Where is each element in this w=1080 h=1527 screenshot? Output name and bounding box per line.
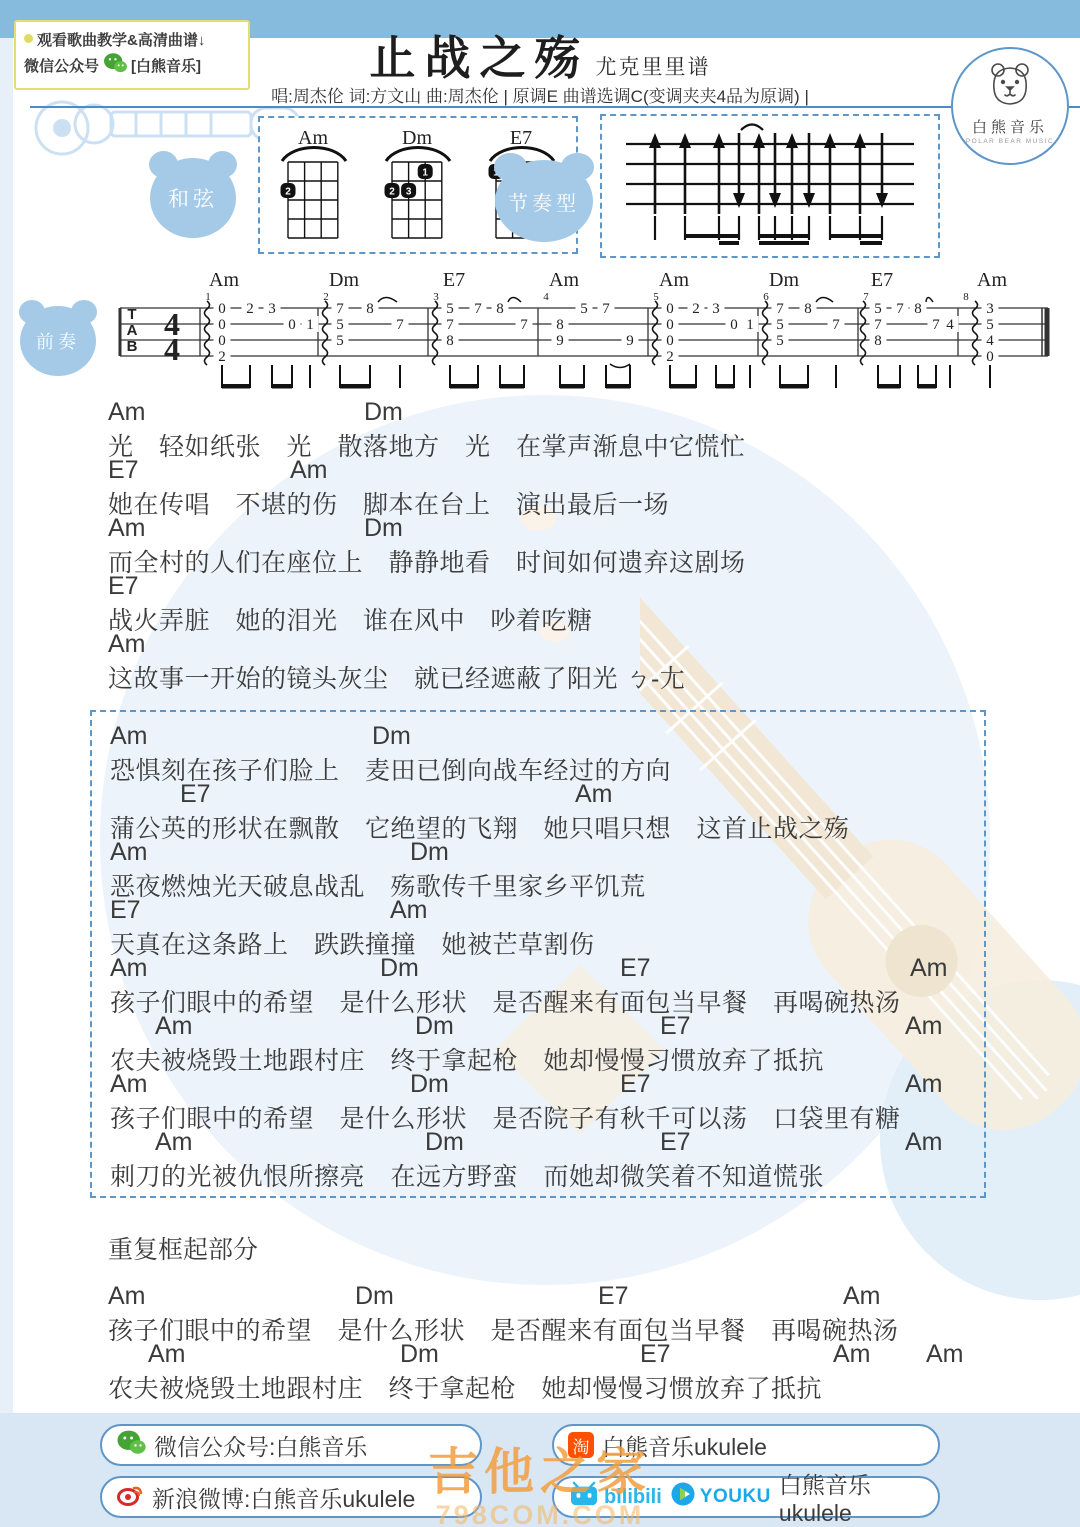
svg-text:9: 9 (626, 333, 634, 349)
chord-line: AmDm (108, 514, 1048, 543)
chord-label: Am (155, 1128, 193, 1157)
intro-badge: 前奏 (20, 306, 96, 376)
lyric-line: Am这故事一开始的镜头灰尘 就已经遮蔽了阳光 ㄅ-尢 (108, 630, 1048, 688)
bilibili-wordmark: bilibili (604, 1486, 662, 1509)
bullet-dot-icon (24, 34, 33, 43)
lyric-line: AmDmE7Am刺刀的光被仇恨所擦亮 在远方野蛮 而她却微笑着不知道慌张 (110, 1128, 984, 1186)
chord-diagram-Dm: Dm231 (374, 128, 462, 246)
svg-text:5: 5 (874, 301, 882, 317)
bear-face-icon (984, 59, 1036, 113)
lyric-text: 恐惧刻在孩子们脸上 麦田已倒向战车经过的方向 (110, 751, 984, 780)
chord-label: Am (108, 514, 146, 543)
svg-text:2: 2 (692, 301, 700, 317)
svg-text:9: 9 (556, 333, 564, 349)
chord-label: Am (110, 954, 148, 983)
chord-line: E7Am (110, 780, 984, 809)
svg-text:3: 3 (712, 301, 720, 317)
repeat-note: 重复框起部分 (108, 1230, 258, 1266)
chord-label: Am (108, 1282, 146, 1311)
svg-text:5: 5 (776, 333, 784, 349)
svg-text:B: B (127, 338, 138, 355)
chord-label: Am (390, 896, 428, 925)
svg-text:8: 8 (366, 301, 374, 317)
svg-text:Dm: Dm (402, 128, 432, 149)
left-margin-stripe (0, 38, 13, 1413)
lyric-line: AmDmE7Am孩子们眼中的希望 是什么形状 是否醒来有面包当早餐 再喝碗热汤 (108, 1282, 1048, 1340)
lyric-line: E7Am她在传唱 不堪的伤 脚本在台上 演出最后一场 (108, 456, 1048, 514)
chord-line: E7Am (108, 456, 1048, 485)
svg-text:5: 5 (336, 333, 344, 349)
svg-text:5: 5 (986, 317, 994, 333)
svg-text:4: 4 (543, 291, 549, 303)
svg-text:8: 8 (804, 301, 812, 317)
promo-line2: 微信公众号 [白熊音乐] (24, 52, 240, 81)
chords-badge: 和弦 (150, 158, 236, 238)
final-section: AmDmE7Am孩子们眼中的希望 是什么形状 是否醒来有面包当早餐 再喝碗热汤A… (108, 1282, 1048, 1398)
lyric-line: E7战火弄脏 她的泪光 谁在风中 吵着吃糖 (108, 572, 1048, 630)
video-contact-pill: bilibili YOUKU 白熊音乐ukulele (552, 1476, 940, 1518)
svg-text:8: 8 (496, 301, 504, 317)
chord-label: E7 (598, 1282, 629, 1311)
lyric-text: 恶夜燃烛光天破息战乱 殇歌传千里家乡平饥荒 (110, 867, 984, 896)
svg-text:2: 2 (218, 349, 226, 365)
svg-text:7: 7 (932, 317, 940, 333)
chord-line: E7Am (110, 896, 984, 925)
chord-label: E7 (660, 1128, 691, 1157)
svg-text:0: 0 (288, 317, 296, 333)
lyric-line: AmDmE7Am孩子们眼中的希望 是什么形状 是否院子有秋千可以荡 口袋里有糖 (110, 1070, 984, 1128)
chord-label: E7 (620, 1070, 651, 1099)
svg-text:7: 7 (874, 317, 882, 333)
rhythm-badge: 节奏型 (495, 160, 593, 242)
chord-label: Dm (425, 1128, 464, 1157)
wechat-account: 微信公众号:白熊音乐 (154, 1429, 367, 1462)
lyric-text: 天真在这条路上 跌跌撞撞 她被芒草割伤 (110, 925, 984, 954)
weibo-contact-pill: 新浪微博:白熊音乐ukulele (100, 1476, 482, 1518)
svg-text:A: A (127, 322, 138, 339)
logo-name: 白熊音乐 (953, 116, 1067, 137)
lyric-line: AmDmE7Am孩子们眼中的希望 是什么形状 是否醒来有面包当早餐 再喝碗热汤 (110, 954, 984, 1012)
svg-text:2: 2 (285, 187, 291, 198)
chord-label: Am (290, 456, 328, 485)
chord-label: Dm (380, 954, 419, 983)
chord-label: Am (905, 1012, 943, 1041)
lyric-line: E7Am蒲公英的形状在飘散 它绝望的飞翔 她只唱只想 这首止战之殇 (110, 780, 984, 838)
wechat-icon (103, 52, 127, 81)
rhythm-pattern-box (600, 114, 940, 258)
lyric-line: AmDm恐惧刻在孩子们脸上 麦田已倒向战车经过的方向 (110, 722, 984, 780)
svg-text:7: 7 (474, 301, 482, 317)
lyric-line: AmDmE7Am农夫被烧毁土地跟村庄 终于拿起枪 她却慢慢习惯放弃了抵抗 (110, 1012, 984, 1070)
svg-text:0: 0 (666, 301, 674, 317)
svg-text:7: 7 (776, 301, 784, 317)
wechat-contact-pill: 微信公众号:白熊音乐 (100, 1424, 482, 1466)
svg-text:Am: Am (549, 269, 579, 291)
chord-label: Dm (355, 1282, 394, 1311)
intro-tab-staff: TAB441Am000223012Dm755873E75787874Am8957… (0, 262, 1080, 402)
svg-text:8: 8 (446, 333, 454, 349)
svg-text:8: 8 (556, 317, 564, 333)
svg-text:Am: Am (659, 269, 689, 291)
svg-text:Am: Am (298, 128, 328, 149)
svg-text:3: 3 (268, 301, 276, 317)
svg-text:Dm: Dm (329, 269, 359, 291)
svg-text:7: 7 (832, 317, 840, 333)
svg-text:5: 5 (336, 317, 344, 333)
lyric-text: 农夫被烧毁土地跟村庄 终于拿起枪 她却慢慢习惯放弃了抵抗 (110, 1041, 984, 1070)
chord-label: Am (110, 1070, 148, 1099)
chord-label: Dm (372, 722, 411, 751)
svg-text:0: 0 (218, 301, 226, 317)
lyric-text: 战火弄脏 她的泪光 谁在风中 吵着吃糖 (108, 601, 1048, 630)
svg-text:Dm: Dm (769, 269, 799, 291)
svg-text:8: 8 (914, 301, 922, 317)
chord-label: Am (905, 1128, 943, 1157)
page-title: 止战之殇 (370, 32, 590, 84)
lyric-text: 而全村的人们在座位上 静静地看 时间如何遗弃这剧场 (108, 543, 1048, 572)
lyric-text: 孩子们眼中的希望 是什么形状 是否醒来有面包当早餐 再喝碗热汤 (108, 1311, 1048, 1340)
chord-label: E7 (108, 456, 139, 485)
lyric-text: 光 轻如纸张 光 散落地方 光 在掌声渐息中它慌忙 (108, 427, 1048, 456)
svg-text:5: 5 (776, 317, 784, 333)
chord-label: E7 (660, 1012, 691, 1041)
lyric-text: 农夫被烧毁土地跟村庄 终于拿起枪 她却慢慢习惯放弃了抵抗 (108, 1369, 1048, 1398)
page-subtitle: 尤克里里谱 (596, 56, 711, 79)
svg-text:E7: E7 (871, 269, 893, 291)
chord-label: Am (110, 722, 148, 751)
promo-box: 观看歌曲教学&高清曲谱↓ 微信公众号 [白熊音乐] (14, 20, 250, 90)
svg-text:7: 7 (446, 317, 454, 333)
lyric-text: 孩子们眼中的希望 是什么形状 是否院子有秋千可以荡 口袋里有糖 (110, 1099, 984, 1128)
chord-label: Dm (410, 1070, 449, 1099)
wechat-icon (116, 1429, 146, 1462)
svg-text:8: 8 (963, 291, 969, 303)
chord-label: Am (108, 630, 146, 659)
svg-text:3: 3 (986, 301, 994, 317)
chord-label: Am (843, 1282, 881, 1311)
svg-text:1: 1 (746, 317, 754, 333)
chord-line: AmDm (108, 398, 1048, 427)
chord-diagram-Am: Am2 (270, 128, 358, 246)
chord-line: AmDmE7Am (110, 1012, 984, 1041)
chord-line: E7 (108, 572, 1048, 601)
svg-text:0: 0 (986, 349, 994, 365)
strumming-pattern (602, 116, 933, 251)
svg-text:5: 5 (446, 301, 454, 317)
lyric-line: AmDmE7AmAm农夫被烧毁土地跟村庄 终于拿起枪 她却慢慢习惯放弃了抵抗 (108, 1340, 1048, 1398)
chord-line: AmDmE7Am (108, 1282, 1048, 1311)
chord-label: Dm (364, 514, 403, 543)
lyric-text: 孩子们眼中的希望 是什么形状 是否醒来有面包当早餐 再喝碗热汤 (110, 983, 984, 1012)
chord-label: Am (910, 954, 948, 983)
sheet-page: 观看歌曲教学&高清曲谱↓ 微信公众号 [白熊音乐] 止战之殇尤克里里谱 唱:周杰… (0, 0, 1080, 1527)
chord-label: Am (833, 1340, 871, 1369)
svg-text:2: 2 (389, 187, 395, 198)
svg-text:Am: Am (209, 269, 239, 291)
svg-text:1: 1 (422, 168, 428, 179)
footer-bar: 微信公众号:白熊音乐 淘 白熊音乐ukulele 新浪微博:白熊音乐ukulel… (0, 1413, 1080, 1527)
svg-text:E7: E7 (443, 269, 465, 291)
lyric-text: 蒲公英的形状在飘散 它绝望的飞翔 她只唱只想 这首止战之殇 (110, 809, 984, 838)
svg-text:T: T (127, 306, 136, 323)
lyric-line: AmDm而全村的人们在座位上 静静地看 时间如何遗弃这剧场 (108, 514, 1048, 572)
chord-label: Am (905, 1070, 943, 1099)
verse-section: AmDm光 轻如纸张 光 散落地方 光 在掌声渐息中它慌忙E7Am她在传唱 不堪… (108, 398, 1048, 688)
chord-label: Am (108, 398, 146, 427)
lyric-line: AmDm恶夜燃烛光天破息战乱 殇歌传千里家乡平饥荒 (110, 838, 984, 896)
svg-text:0: 0 (218, 317, 226, 333)
taobao-shop: 白熊音乐ukulele (602, 1429, 767, 1462)
chord-label: Dm (400, 1340, 439, 1369)
svg-text:Am: Am (977, 269, 1007, 291)
chord-line: AmDmE7Am (110, 954, 984, 983)
chord-label: Dm (410, 838, 449, 867)
lyric-text: 刺刀的光被仇恨所擦亮 在远方野蛮 而她却微笑着不知道慌张 (110, 1157, 984, 1186)
lyric-line: E7Am天真在这条路上 跌跌撞撞 她被芒草割伤 (110, 896, 984, 954)
bilibili-icon (568, 1481, 600, 1513)
chord-line: AmDmE7AmAm (108, 1340, 1048, 1369)
chord-label: Am (148, 1340, 186, 1369)
chord-label: E7 (110, 896, 141, 925)
svg-text:3: 3 (406, 187, 412, 198)
video-account: 白熊音乐ukulele (779, 1467, 924, 1527)
lyric-line: AmDm光 轻如纸张 光 散落地方 光 在掌声渐息中它慌忙 (108, 398, 1048, 456)
youku-wordmark: YOUKU (700, 1486, 771, 1508)
chord-label: Am (575, 780, 613, 809)
taobao-icon: 淘 (568, 1432, 594, 1458)
chord-label: E7 (108, 572, 139, 601)
svg-text:7: 7 (396, 317, 404, 333)
lyric-text: 这故事一开始的镜头灰尘 就已经遮蔽了阳光 ㄅ-尢 (108, 659, 1048, 688)
svg-text:7: 7 (602, 301, 610, 317)
chord-label: Am (110, 838, 148, 867)
svg-text:7: 7 (896, 301, 904, 317)
svg-text:4: 4 (164, 331, 180, 367)
chord-label: Dm (364, 398, 403, 427)
youku-icon (670, 1481, 696, 1513)
chord-label: Am (155, 1012, 193, 1041)
svg-text:0: 0 (218, 333, 226, 349)
chord-label: Am (926, 1340, 964, 1369)
svg-text:2: 2 (246, 301, 254, 317)
svg-text:1: 1 (306, 317, 314, 333)
taobao-contact-pill: 淘 白熊音乐ukulele (552, 1424, 940, 1466)
boxed-chorus-section: AmDm恐惧刻在孩子们脸上 麦田已倒向战车经过的方向E7Am蒲公英的形状在飘散 … (90, 710, 986, 1198)
weibo-account: 新浪微博:白熊音乐ukulele (152, 1481, 415, 1514)
lyric-text: 她在传唱 不堪的伤 脚本在台上 演出最后一场 (108, 485, 1048, 514)
svg-text:7: 7 (520, 317, 528, 333)
svg-text:4: 4 (986, 333, 994, 349)
chord-label: Dm (415, 1012, 454, 1041)
svg-text:7: 7 (336, 301, 344, 317)
promo-line1: 观看歌曲教学&高清曲谱↓ (24, 29, 240, 52)
svg-text:8: 8 (874, 333, 882, 349)
svg-text:0: 0 (666, 317, 674, 333)
svg-text:4: 4 (946, 317, 954, 333)
chord-label: E7 (640, 1340, 671, 1369)
chord-label: E7 (620, 954, 651, 983)
chord-line: AmDm (110, 722, 984, 751)
chord-line: AmDmE7Am (110, 1128, 984, 1157)
svg-text:2: 2 (666, 349, 674, 365)
weibo-icon (116, 1481, 144, 1513)
chord-label: E7 (180, 780, 211, 809)
svg-text:0: 0 (666, 333, 674, 349)
svg-text:E7: E7 (510, 128, 532, 149)
chord-line: AmDmE7Am (110, 1070, 984, 1099)
svg-text:5: 5 (580, 301, 588, 317)
svg-text:0: 0 (730, 317, 738, 333)
polar-bear-logo: 白熊音乐 POLAR BEAR MUSIC (951, 47, 1069, 165)
chord-line: Am (108, 630, 1048, 659)
logo-subtitle: POLAR BEAR MUSIC (953, 138, 1067, 145)
chord-line: AmDm (110, 838, 984, 867)
